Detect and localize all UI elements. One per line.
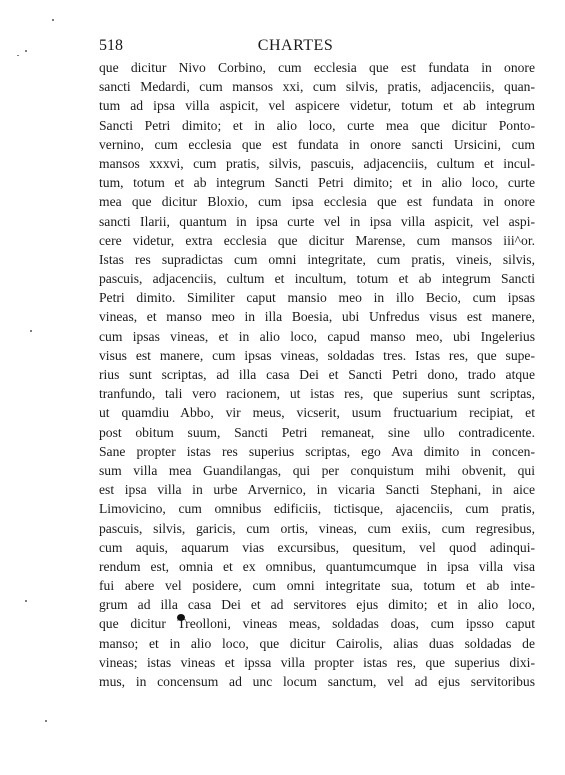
text-line: Istas res supradictas cum omni integrita… xyxy=(99,250,535,269)
speck xyxy=(25,600,27,602)
speck xyxy=(30,330,32,332)
text-line: ut quamdiu Abbo, vir meus, vicserit, usu… xyxy=(99,403,535,422)
speck xyxy=(45,720,47,722)
speck xyxy=(25,50,27,52)
speck xyxy=(17,55,19,56)
text-line: visus est manere, cum ipsas vineas, sold… xyxy=(99,346,535,365)
text-line: vineas; istas vineas et ipssa villa prop… xyxy=(99,653,535,672)
text-line: post obitum suum, Sancti Petri remaneat,… xyxy=(99,423,535,442)
text-line: tum ad ipsa villa aspicit, vel aspicere … xyxy=(99,96,535,115)
text-line: pascuis, adjacenciis, cultum et incultum… xyxy=(99,269,535,288)
text-line: cere videtur, extra ecclesia que dicitur… xyxy=(99,231,535,250)
text-line: tranfundo, tali vero racionem, ut istas … xyxy=(99,384,535,403)
text-line: rius sunt scriptas, ad illa casa Dei et … xyxy=(99,365,535,384)
text-line: fui abere vel posidere, cum omni integri… xyxy=(99,576,535,595)
text-line: sancti Ilarii, quantum in ipsa curte vel… xyxy=(99,212,535,231)
text-line: pascuis, silvis, garicis, cum ortis, vin… xyxy=(99,519,535,538)
text-line: grum ad illa casa Dei et ad servitores e… xyxy=(99,595,535,614)
running-head: CHARTES xyxy=(0,37,565,55)
text-line: que dicitur Treolloni, vineas meas, sold… xyxy=(99,614,535,633)
ink-blot xyxy=(177,614,185,621)
text-line: Limovicino, cum omnibus edificiis, ticti… xyxy=(99,499,535,518)
text-line: Sane propter istas res superius scriptas… xyxy=(99,442,535,461)
speck xyxy=(52,19,54,21)
text-line: mus, in concensum ad unc locum sanctum, … xyxy=(99,672,535,691)
text-line: sum villa mea Guandilangas, qui per conq… xyxy=(99,461,535,480)
text-line: que dicitur Nivo Corbino, cum ecclesia q… xyxy=(99,58,535,77)
text-line: sancti Medardi, cum mansos xxi, cum silv… xyxy=(99,77,535,96)
text-line: rendum est, omnia et ex omnibus, quantum… xyxy=(99,557,535,576)
text-line: cum aquis, aquarum vias excursibus, ques… xyxy=(99,538,535,557)
text-line: mansos xxxvi, cum pratis, silvis, pascui… xyxy=(99,154,535,173)
text-line: est ipsa villa in urbe Arvernico, in vic… xyxy=(99,480,535,499)
text-line: mea que dicitur Bloxio, cum ipsa ecclesi… xyxy=(99,192,535,211)
text-line: vineas, et manso meo in illa Boesia, ubi… xyxy=(99,307,535,326)
text-line: tum, totum et ab integrum Sancti Petri d… xyxy=(99,173,535,192)
body-text: que dicitur Nivo Corbino, cum ecclesia q… xyxy=(99,58,535,691)
text-line: Sancti Petri dimito; et in alio loco, cu… xyxy=(99,116,535,135)
text-line: Petri dimito. Similiter caput mansio meo… xyxy=(99,288,535,307)
text-line: vernino, cum ecclesia que est fundata in… xyxy=(99,135,535,154)
text-line: cum ipsas vineas, et in alio loco, capud… xyxy=(99,327,535,346)
text-line: manso; et in alio loco, que dicitur Cair… xyxy=(99,634,535,653)
